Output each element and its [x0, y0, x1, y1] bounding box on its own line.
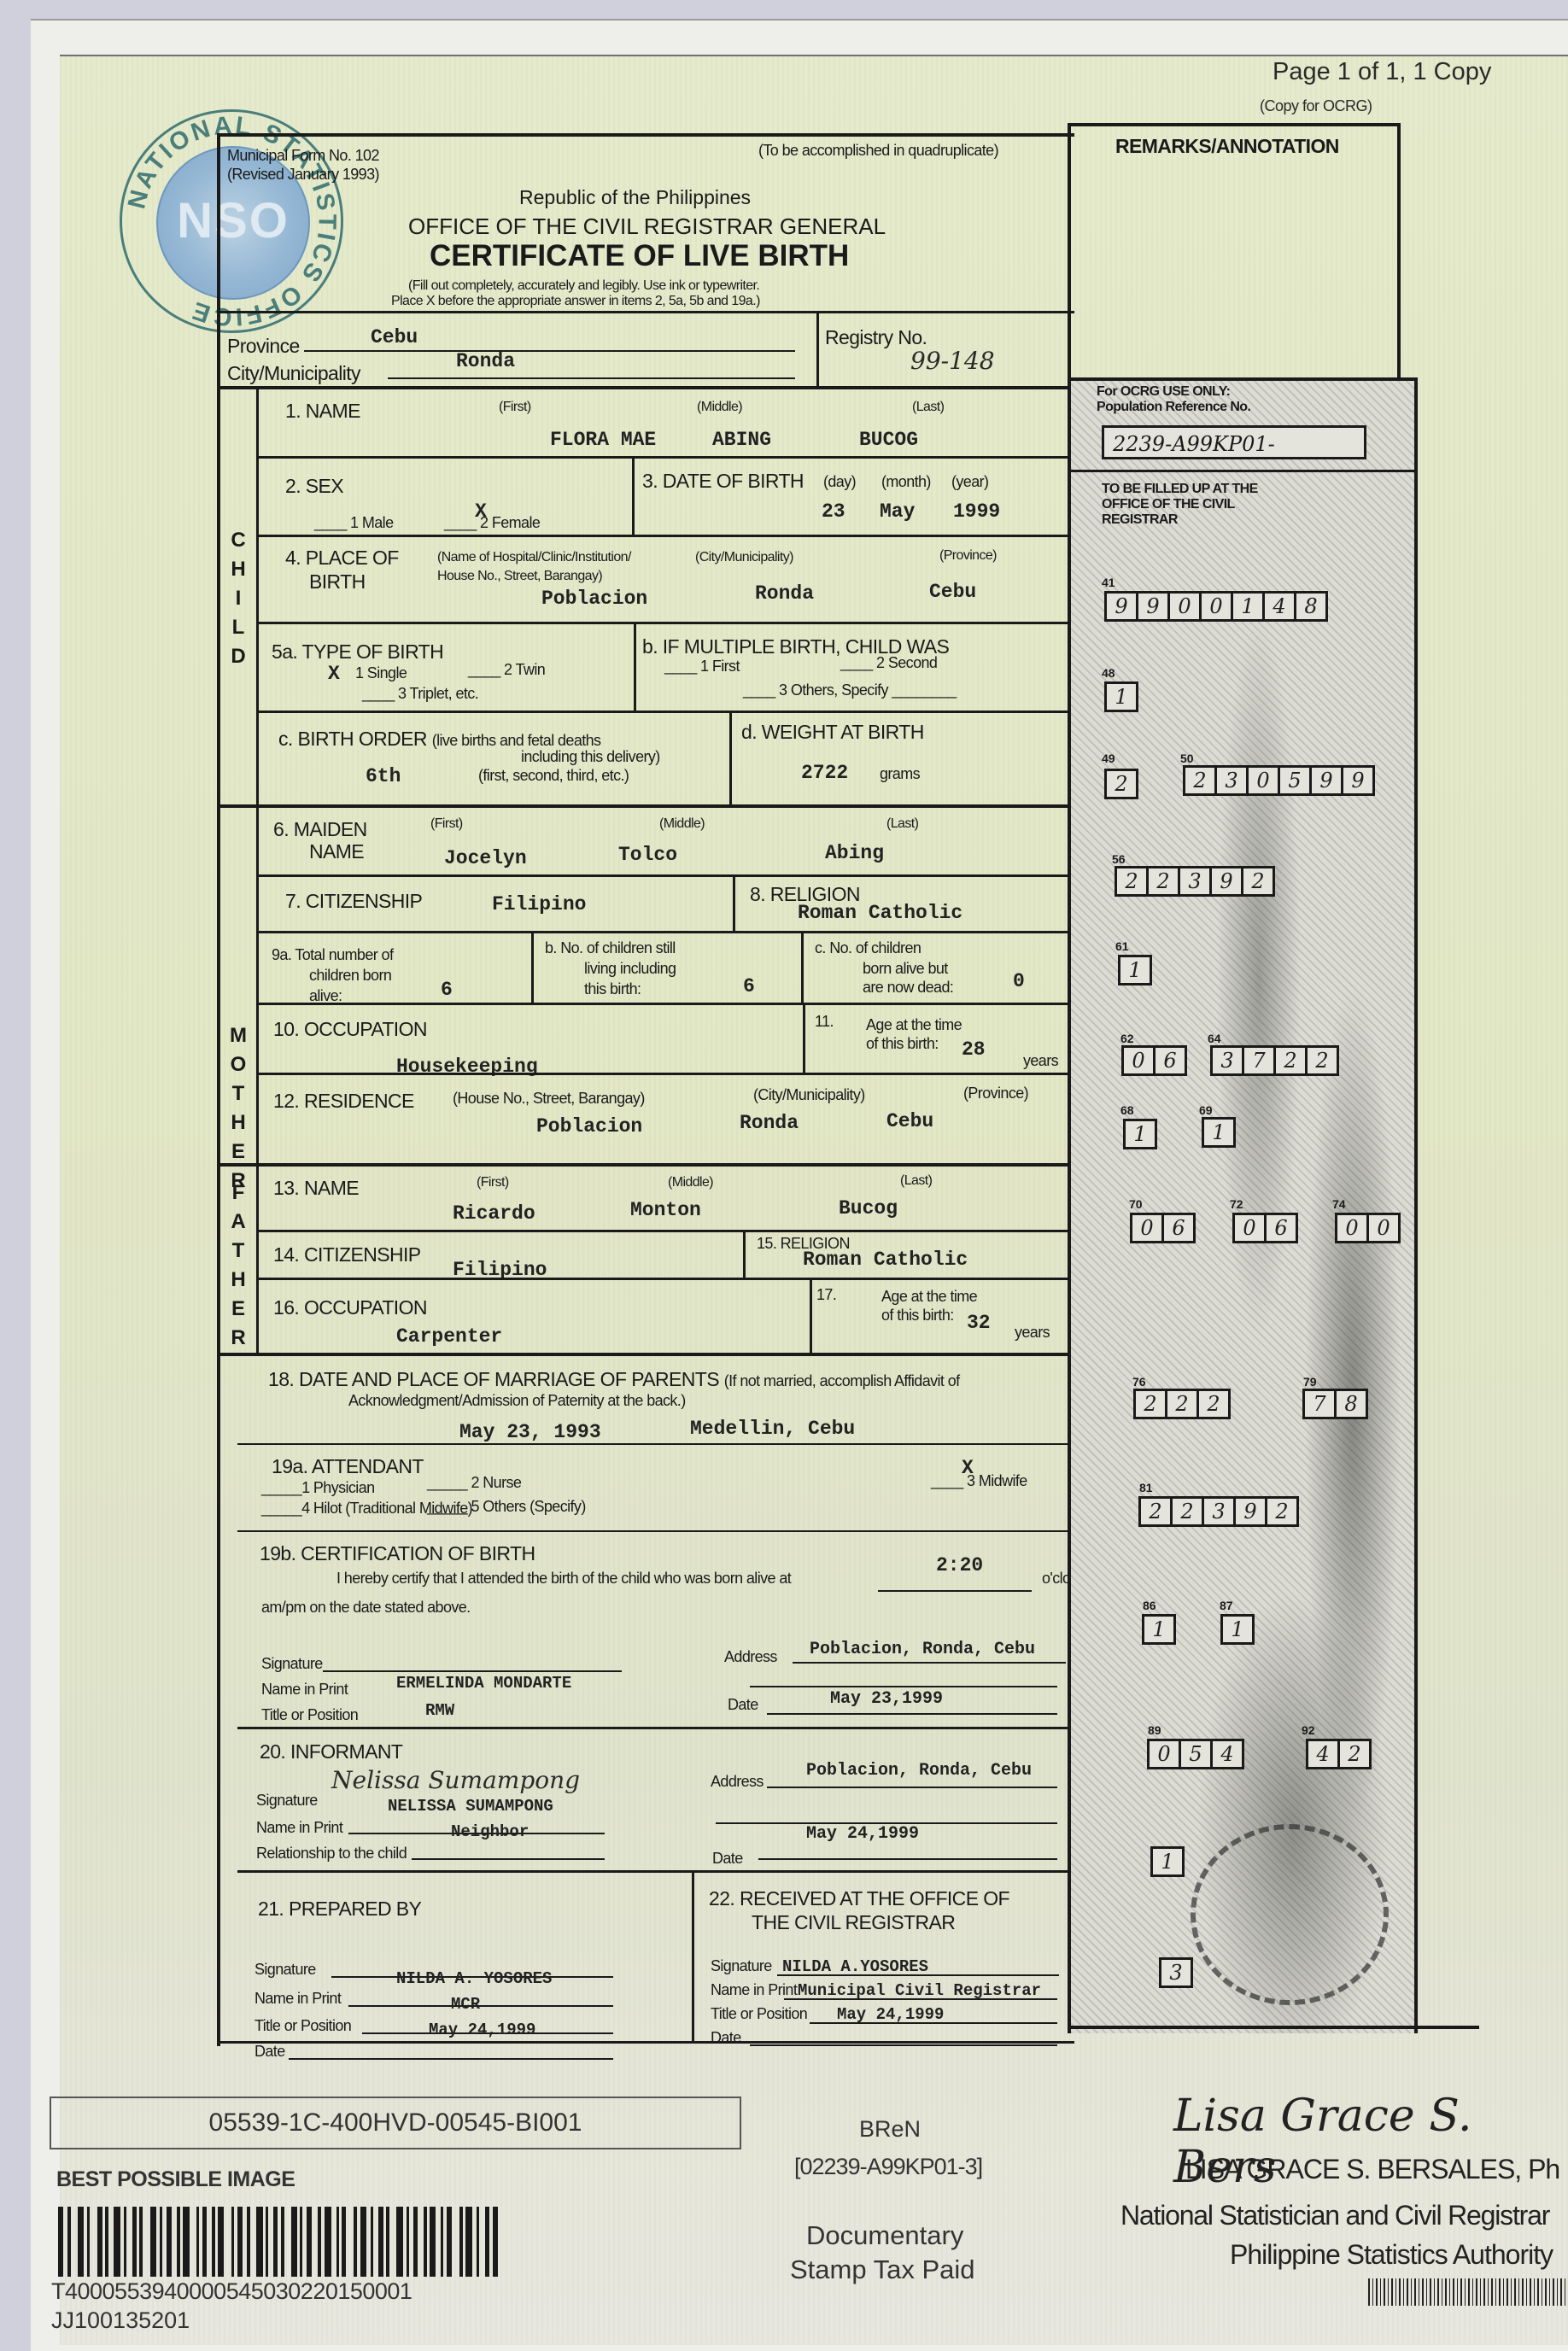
pob-hint-1: (Name of Hospital/Clinic/Institution/ — [437, 550, 631, 565]
dob-year[interactable]: 1999 — [953, 500, 1000, 523]
box-92-num: 92 — [1302, 1723, 1315, 1737]
mother-middle-name[interactable]: Tolco — [618, 844, 677, 866]
box-50-num: 50 — [1180, 752, 1194, 765]
attendant-others[interactable]: _____ 5 Others (Specify) — [427, 1498, 586, 1516]
informant-name[interactable]: NELISSA SUMAMPONG — [388, 1797, 553, 1816]
remarks-box: REMARKS/ANNOTATION — [1068, 123, 1401, 381]
attendant-nurse[interactable]: _____ 2 Nurse — [427, 1474, 521, 1492]
child-last-name[interactable]: BUCOG — [859, 429, 918, 451]
signer-title: National Statistician and Civil Registra… — [1120, 2200, 1549, 2231]
box-41: 9900148 — [1107, 591, 1328, 622]
ocrg-filled-label: TO BE FILLED UP AT THE — [1102, 482, 1258, 497]
prepared-date[interactable]: May 24,1999 — [429, 2021, 535, 2039]
mother-occupation-label: 10. OCCUPATION — [273, 1018, 427, 1041]
mother-citizenship-label: 7. CITIZENSHIP — [285, 890, 422, 913]
digit-cell[interactable]: 2 — [1104, 769, 1138, 799]
barcode-number: T4000553940000545030220150001 — [51, 2278, 412, 2305]
mother-religion[interactable]: Roman Catholic — [798, 902, 962, 924]
prepared-title[interactable]: MCR — [451, 1995, 480, 2014]
residence-hint: (House No., Street, Barangay) — [453, 1090, 645, 1108]
father-name-label: 13. NAME — [273, 1177, 359, 1200]
dead-children-label-3: are now dead: — [863, 979, 953, 997]
birth-type-label: 5a. TYPE OF BIRTH — [272, 640, 443, 664]
mother-residence-province[interactable]: Cebu — [886, 1110, 933, 1132]
received-title[interactable]: Municipal Civil Registrar — [798, 1981, 1041, 2000]
first-hint: (First) — [430, 816, 463, 832]
digit-cell[interactable]: 5 — [1278, 765, 1312, 796]
ocrg-filled-label-2: OFFICE OF THE CIVIL — [1102, 497, 1235, 512]
living-children-label-3: this birth: — [584, 980, 641, 998]
middle-hint: (Middle) — [697, 400, 742, 415]
marriage-hint-2: Acknowledgment/Admission of Paternity at… — [348, 1392, 686, 1410]
digit-cell[interactable]: 2 — [1265, 1496, 1299, 1527]
digit-cell[interactable]: 0 — [1147, 1739, 1181, 1769]
digit-cell[interactable]: 9 — [1341, 765, 1375, 796]
digit-cell[interactable]: 2 — [1196, 1389, 1231, 1419]
pob-province-hint: (Province) — [939, 548, 997, 564]
informant-signature-label: Signature — [256, 1792, 318, 1810]
province-value[interactable]: Cebu — [371, 326, 418, 348]
ocrg-title: For OCRG USE ONLY: — [1097, 384, 1230, 400]
weight-label: d. WEIGHT AT BIRTH — [741, 721, 924, 744]
cert-address-label: Address — [724, 1648, 777, 1666]
residence-city-hint: (City/Municipality) — [753, 1086, 865, 1104]
box-70: 06 — [1132, 1213, 1196, 1243]
digit-cell[interactable]: 0 — [1167, 591, 1202, 622]
mother-residence-city[interactable]: Ronda — [740, 1112, 799, 1134]
residence-province-hint: (Province) — [963, 1085, 1028, 1102]
weight-value[interactable]: 2722 — [801, 762, 848, 784]
box-76: 222 — [1136, 1389, 1231, 1419]
barcode-number-2: JJ100135201 — [51, 2307, 190, 2334]
dead-children-label: c. No. of children — [815, 939, 921, 957]
digit-cell[interactable]: 1 — [1118, 955, 1152, 985]
box-81: 22392 — [1141, 1496, 1299, 1527]
digit-cell[interactable]: 2 — [1170, 1496, 1204, 1527]
birth-order-value[interactable]: 6th — [366, 765, 401, 787]
digit-cell[interactable]: 3 — [1210, 1045, 1244, 1076]
father-section-label: FATHER — [225, 1178, 251, 1353]
digit-cell[interactable]: 8 — [1334, 1389, 1368, 1419]
last-hint: (Last) — [886, 816, 918, 832]
document-id: 05539-1C-400HVD-00545-BI001 — [50, 2097, 741, 2149]
weight-unit: grams — [880, 765, 920, 783]
dead-children-label-2: born alive but — [863, 960, 948, 978]
box-56-num: 56 — [1112, 852, 1126, 866]
cert-date-label: Date — [728, 1696, 758, 1714]
signer-name: LISA GRACE S. BERSALES, Ph — [1185, 2154, 1559, 2185]
province-label: Province — [227, 335, 300, 358]
cert-address[interactable]: Poblacion, Ronda, Cebu — [810, 1640, 1035, 1659]
box-70-num: 70 — [1129, 1197, 1143, 1211]
box-64: 3722 — [1213, 1045, 1339, 1076]
digit-cell[interactable]: 1 — [1104, 681, 1138, 712]
digit-cell[interactable]: 2 — [1133, 1389, 1167, 1419]
father-occupation-label: 16. OCCUPATION — [273, 1296, 427, 1319]
digit-cell[interactable]: 0 — [1335, 1213, 1369, 1243]
digit-cell[interactable]: 6 — [1264, 1213, 1298, 1243]
box-86-num: 86 — [1143, 1599, 1156, 1612]
living-children-label: b. No. of children still — [545, 939, 676, 957]
mother-first-name[interactable]: Jocelyn — [444, 847, 527, 869]
birth-time[interactable]: 2:20 — [936, 1554, 983, 1576]
box-48-num: 48 — [1102, 666, 1115, 680]
birth-type-triplet[interactable]: ____ 3 Triplet, etc. — [362, 685, 478, 703]
registry-label: Registry No. — [825, 326, 927, 349]
total-children-label: 9a. Total number of — [272, 946, 393, 964]
mother-age-num: 11. — [815, 1013, 834, 1031]
copy-for-label: (Copy for OCRG) — [1260, 97, 1372, 115]
child-first-name[interactable]: FLORA MAE — [550, 429, 656, 451]
last-hint: (Last) — [912, 400, 944, 415]
informant-relationship[interactable]: Neighbor — [451, 1822, 529, 1841]
ocrg-bottom-border — [1071, 2026, 1479, 2029]
middle-hint: (Middle) — [659, 816, 705, 832]
dob-day[interactable]: 23 — [822, 500, 845, 523]
digit-cell[interactable]: 8 — [1294, 591, 1328, 622]
birth-type-single[interactable]: 1 Single — [355, 664, 407, 682]
birth-type-twin[interactable]: ____ 2 Twin — [468, 661, 545, 679]
box-69-num: 69 — [1199, 1103, 1213, 1117]
child-section-label: CHILD — [225, 526, 251, 671]
informant-address[interactable]: Poblacion, Ronda, Cebu — [806, 1761, 1032, 1781]
box-56: 22392 — [1117, 866, 1275, 897]
best-image-label: BEST POSSIBLE IMAGE — [56, 2167, 295, 2192]
mother-age-label: Age at the time — [866, 1016, 962, 1034]
box-62: 06 — [1124, 1045, 1187, 1076]
cert-title[interactable]: RMW — [425, 1701, 454, 1720]
box-72-num: 72 — [1230, 1197, 1243, 1211]
mother-age-label-2: of this birth: — [866, 1035, 939, 1053]
father-age-label: Age at the time — [881, 1288, 977, 1306]
digit-cell[interactable]: 1 — [1202, 1117, 1236, 1148]
cert-title-label: Title or Position — [261, 1706, 358, 1724]
multiple-second[interactable]: ____ 2 Second — [840, 654, 937, 672]
stamp-tax-label-2: Stamp Tax Paid — [790, 2255, 975, 2285]
cert-name-label: Name in Print — [261, 1681, 348, 1699]
mother-last-name[interactable]: Abing — [825, 842, 884, 864]
registry-value[interactable]: 99-148 — [910, 347, 995, 375]
digit-cell[interactable]: 0 — [1121, 1045, 1156, 1076]
mother-residence-place[interactable]: Poblacion — [536, 1115, 642, 1137]
birth-order-label: c. BIRTH ORDER (live births and fetal de… — [278, 728, 600, 751]
box-68-num: 68 — [1120, 1103, 1134, 1117]
digit-cell[interactable]: 1 — [1231, 591, 1265, 622]
digit-cell[interactable]: 4 — [1262, 591, 1296, 622]
digit-cell[interactable]: 9 — [1209, 866, 1243, 897]
certificate-title: CERTIFICATE OF LIVE BIRTH — [430, 239, 849, 273]
dead-children-value[interactable]: 0 — [1013, 970, 1025, 992]
received-date[interactable]: May 24,1999 — [837, 2005, 944, 2024]
received-signature-label: Signature — [711, 1957, 772, 1975]
digit-cell[interactable]: 2 — [1241, 866, 1275, 897]
pob-city-hint: (City/Municipality) — [695, 550, 793, 565]
prepared-title-label: Title or Position — [255, 2017, 351, 2035]
sex-male-option[interactable]: ____ 1 Male — [314, 514, 393, 532]
informant-date-label: Date — [712, 1850, 743, 1868]
mother-citizenship[interactable]: Filipino — [492, 893, 586, 915]
child-name-label: 1. NAME — [285, 400, 360, 423]
received-name-label: Name in Print — [711, 1981, 797, 1999]
digit-cell[interactable]: 2 — [1337, 1739, 1372, 1769]
ocrg-panel: For OCRG USE ONLY: Population Reference … — [1068, 377, 1418, 2033]
marriage-date[interactable]: May 23, 1993 — [459, 1421, 601, 1443]
dob-day-hint: (day) — [823, 473, 856, 491]
mother-age-unit: years — [1023, 1052, 1058, 1070]
ocrg-ref-label: Population Reference No. — [1097, 400, 1250, 415]
digit-cell[interactable]: 2 — [1115, 866, 1149, 897]
box-87: 1 — [1223, 1614, 1255, 1645]
digit-cell[interactable]: 1 — [1150, 1846, 1185, 1877]
box-48: 1 — [1107, 681, 1138, 712]
box-86: 1 — [1144, 1614, 1176, 1645]
cert-date[interactable]: May 23,1999 — [830, 1689, 943, 1709]
box-76-num: 76 — [1132, 1375, 1146, 1389]
informant-relationship-label: Relationship to the child — [256, 1845, 407, 1863]
father-age-value[interactable]: 32 — [967, 1312, 991, 1334]
digit-cell[interactable]: 7 — [1302, 1389, 1337, 1419]
digit-cell[interactable]: 4 — [1306, 1739, 1340, 1769]
sex-female-option[interactable]: ____ 2 Female — [444, 514, 540, 532]
digit-cell[interactable]: 0 — [1130, 1213, 1164, 1243]
digit-cell[interactable]: 0 — [1232, 1213, 1267, 1243]
informant-signature: Nelissa Sumampong — [331, 1766, 580, 1794]
middle-hint: (Middle) — [668, 1175, 713, 1190]
prepared-name-label: Name in Print — [255, 1990, 341, 2008]
box-74: 00 — [1337, 1213, 1401, 1243]
father-religion[interactable]: Roman Catholic — [803, 1249, 968, 1271]
attendant-physician[interactable]: _____1 Physician — [261, 1479, 375, 1497]
box-89-num: 89 — [1148, 1723, 1161, 1737]
box-61-num: 61 — [1115, 939, 1129, 953]
box-89: 054 — [1150, 1739, 1244, 1769]
father-last-name[interactable]: Bucog — [839, 1197, 898, 1219]
ocrg-filled-label-3: REGISTRAR — [1102, 512, 1178, 528]
received-title-label: Title or Position — [711, 2005, 807, 2023]
father-age-num: 17. — [816, 1286, 836, 1304]
city-label: City/Municipality — [227, 362, 360, 385]
prepared-label: 21. PREPARED BY — [258, 1898, 421, 1921]
digit-cell[interactable]: 1 — [1142, 1614, 1176, 1645]
father-citizenship-label: 14. CITIZENSHIP — [273, 1243, 421, 1266]
pob-province[interactable]: Cebu — [929, 581, 976, 603]
digit-cell[interactable]: 2 — [1183, 765, 1217, 796]
received-label-2: THE CIVIL REGISTRAR — [752, 1911, 955, 1934]
bren-code: [02239-A99KP01-3] — [794, 2154, 982, 2180]
signer-org: Philippine Statistics Authority — [1230, 2239, 1553, 2271]
bren-label: BReN — [859, 2116, 921, 2143]
dob-year-hint: (year) — [951, 473, 988, 491]
father-age-label-2: of this birth: — [881, 1307, 954, 1325]
population-ref-input[interactable]: 2239-A99KP01- — [1102, 425, 1366, 459]
digit-cell[interactable]: 6 — [1153, 1045, 1187, 1076]
stamp-tax-label: Documentary — [806, 2220, 963, 2251]
pob-label-2: BIRTH — [309, 570, 366, 594]
attendant-midwife[interactable]: ____ 3 Midwife — [931, 1472, 1027, 1490]
office-label: OFFICE OF THE CIVIL REGISTRAR GENERAL — [408, 213, 886, 240]
mother-section-label: MOTHER — [225, 1021, 251, 1196]
pob-city[interactable]: Ronda — [755, 582, 814, 605]
mother-residence-label: 12. RESIDENCE — [273, 1090, 414, 1113]
informant-name-label: Name in Print — [256, 1819, 342, 1837]
republic-label: Republic of the Philippines — [519, 186, 751, 209]
prepared-date-label: Date — [255, 2043, 285, 2061]
received-name[interactable]: NILDA A.YOSORES — [782, 1957, 928, 1976]
mother-name-label-2: NAME — [309, 840, 364, 863]
cert-name[interactable]: ERMELINDA MONDARTE — [396, 1674, 571, 1693]
total-children-label-2: children born — [309, 967, 391, 985]
dob-label: 3. DATE OF BIRTH — [642, 470, 804, 493]
birth-order-hint-2: including this delivery) — [521, 748, 660, 766]
birth-type-mark[interactable]: X — [328, 663, 340, 685]
digit-cell[interactable]: 4 — [1210, 1739, 1244, 1769]
city-value[interactable]: Ronda — [456, 350, 515, 372]
digit-cell[interactable]: 9 — [1104, 591, 1138, 622]
pob-place[interactable]: Poblacion — [541, 588, 647, 610]
prepared-name[interactable]: NILDA A. YOSORES — [396, 1969, 552, 1988]
box-64-num: 64 — [1208, 1032, 1221, 1045]
received-label: 22. RECEIVED AT THE OFFICE OF — [709, 1887, 1009, 1910]
digit-cell[interactable]: 2 — [1273, 1045, 1308, 1076]
pob-label: 4. PLACE OF — [285, 547, 399, 570]
digit-cell[interactable]: 3 — [1202, 1496, 1236, 1527]
received-date-label: Date — [711, 2029, 741, 2047]
box-72: 06 — [1235, 1213, 1298, 1243]
first-hint: (First) — [477, 1175, 509, 1190]
informant-label: 20. INFORMANT — [260, 1740, 402, 1763]
father-middle-name[interactable]: Monton — [630, 1199, 701, 1221]
box-79: 78 — [1305, 1389, 1368, 1419]
digit-cell[interactable]: 9 — [1233, 1496, 1267, 1527]
father-occupation[interactable]: Carpenter — [396, 1325, 502, 1348]
instructions-1: (Fill out completely, accurately and leg… — [408, 278, 759, 294]
digit-cell[interactable]: 6 — [1161, 1213, 1196, 1243]
box-49-num: 49 — [1102, 752, 1115, 765]
first-hint: (First) — [499, 400, 531, 415]
instructions-2: Place X before the appropriate answer in… — [391, 294, 760, 309]
total-children-value[interactable]: 6 — [441, 979, 453, 1001]
certification-label: 19b. CERTIFICATION OF BIRTH — [260, 1542, 535, 1565]
box-62-num: 62 — [1120, 1032, 1134, 1045]
prepared-signature-label: Signature — [255, 1961, 316, 1979]
living-children-value[interactable]: 6 — [743, 975, 755, 997]
digit-cell[interactable]: 2 — [1138, 1496, 1173, 1527]
marriage-place[interactable]: Medellin, Cebu — [690, 1418, 855, 1440]
box-79-num: 79 — [1303, 1375, 1317, 1389]
digit-cell[interactable]: 2 — [1146, 866, 1180, 897]
quadruplicate-note: (To be accomplished in quadruplicate) — [758, 142, 998, 160]
father-first-name[interactable]: Ricardo — [453, 1202, 535, 1225]
mother-name-label: 6. MAIDEN — [273, 818, 367, 841]
cert-signature-label: Signature — [261, 1655, 323, 1673]
child-middle-name[interactable]: ABING — [712, 429, 771, 451]
digit-cell[interactable]: 9 — [1309, 765, 1343, 796]
birth-order-hint-3: (first, second, third, etc.) — [478, 767, 629, 785]
box-68: 1 — [1126, 1119, 1157, 1149]
box-81-num: 81 — [1139, 1481, 1153, 1494]
form-revised: (Revised January 1993) — [227, 166, 379, 184]
digit-cell[interactable]: 0 — [1199, 591, 1233, 622]
informant-address-label: Address — [711, 1773, 764, 1791]
box-41-num: 41 — [1102, 576, 1115, 589]
small-barcode-icon — [1368, 2278, 1568, 2306]
sex-label: 2. SEX — [285, 475, 343, 498]
mother-age-value[interactable]: 28 — [962, 1038, 986, 1061]
barcode-icon — [58, 2207, 690, 2277]
box-50: 230599 — [1185, 765, 1375, 796]
box-61: 1 — [1120, 955, 1152, 985]
digit-cell[interactable]: 3 — [1178, 866, 1212, 897]
box-94: 1 — [1153, 1846, 1185, 1877]
dob-month[interactable]: May — [880, 500, 915, 523]
digit-cell[interactable]: 9 — [1136, 591, 1170, 622]
certification-text-2: am/pm on the date stated above. — [261, 1599, 471, 1617]
digit-cell[interactable]: 5 — [1179, 1739, 1213, 1769]
certification-text: I hereby certify that I attended the bir… — [336, 1570, 791, 1588]
father-age-unit: years — [1015, 1324, 1050, 1342]
living-children-label-2: living including — [584, 960, 676, 978]
digit-cell[interactable]: 1 — [1123, 1119, 1157, 1149]
digit-cell[interactable]: 2 — [1305, 1045, 1339, 1076]
digit-cell[interactable]: 0 — [1366, 1213, 1401, 1243]
multiple-first[interactable]: ____ 1 First — [664, 658, 740, 675]
remarks-title: REMARKS/ANNOTATION — [1115, 135, 1339, 158]
digit-cell[interactable]: 2 — [1165, 1389, 1199, 1419]
marriage-label: 18. DATE AND PLACE OF MARRIAGE OF PARENT… — [268, 1368, 960, 1391]
last-hint: (Last) — [900, 1173, 932, 1189]
digit-cell[interactable]: 0 — [1246, 765, 1280, 796]
registrar-stamp-icon — [1191, 1824, 1389, 2005]
box-74-num: 74 — [1332, 1197, 1346, 1211]
digit-cell[interactable]: 1 — [1220, 1614, 1255, 1645]
form-number: Municipal Form No. 102 — [227, 147, 379, 165]
digit-cell[interactable]: 3 — [1214, 765, 1249, 796]
birth-form: Municipal Form No. 102 (Revised January … — [217, 133, 1074, 2046]
multiple-others[interactable]: ____ 3 Others, Specify ________ — [743, 681, 957, 699]
page-count: Page 1 of 1, 1 Copy — [1273, 58, 1491, 86]
box-95: 3 — [1161, 1957, 1193, 1988]
informant-date[interactable]: May 24,1999 — [806, 1824, 919, 1844]
attendant-label: 19a. ATTENDANT — [272, 1455, 424, 1478]
digit-cell[interactable]: 3 — [1159, 1957, 1193, 1988]
box-69: 1 — [1204, 1117, 1236, 1148]
dob-month-hint: (month) — [881, 473, 931, 491]
digit-cell[interactable]: 7 — [1242, 1045, 1276, 1076]
box-92: 42 — [1308, 1739, 1372, 1769]
pob-hint-2: House No., Street, Barangay) — [437, 569, 602, 584]
box-87-num: 87 — [1220, 1599, 1233, 1612]
box-49: 2 — [1107, 769, 1138, 799]
